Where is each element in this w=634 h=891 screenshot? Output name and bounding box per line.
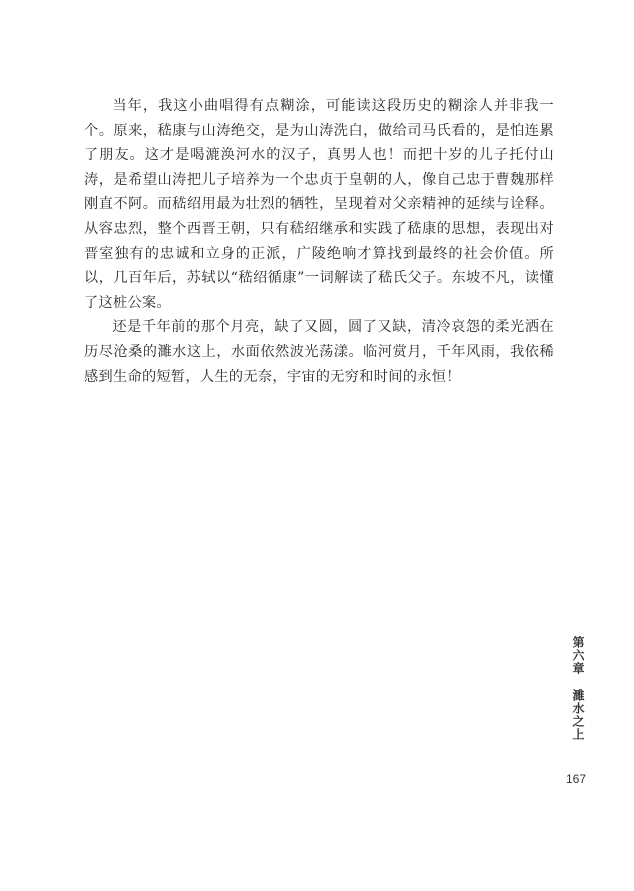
page-number: 167 [566,772,586,786]
paragraph-2: 还是千年前的那个月亮，缺了又圆，圆了又缺，清冷哀怨的柔光洒在历尽沧桑的濉水这上，… [84,315,554,389]
chapter-title: 濉水之上 [571,689,585,741]
chapter-running-head: 第六章濉水之上 [570,636,586,741]
chapter-label: 第六章 [571,636,585,675]
paragraph-1: 当年，我这小曲唱得有点糊涂，可能读这段历史的糊涂人并非我一个。原来，嵇康与山涛绝… [84,94,554,315]
page-body: 当年，我这小曲唱得有点糊涂，可能读这段历史的糊涂人并非我一个。原来，嵇康与山涛绝… [84,94,554,389]
